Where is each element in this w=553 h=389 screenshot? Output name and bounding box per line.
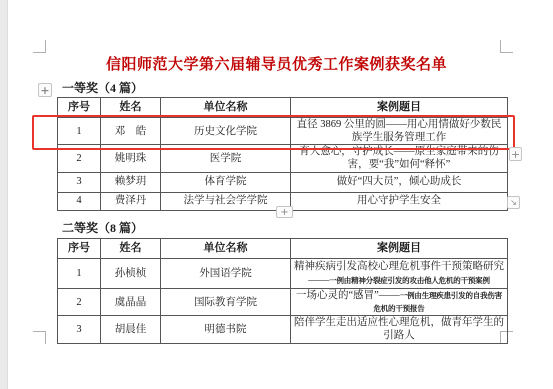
cell-case-title: 精神疾病引发高校心理危机事件干预策略研究——一例由精神分裂症引发的攻击他人危机的… <box>291 259 508 289</box>
cell-case-title: 直径 3869 公里的圆——用心用情做好少数民族学生服务管理工作 <box>291 118 508 145</box>
cell-case-title: 育人愈心，守护成长——原生家庭带来的伤害，要“我”如何“释怀” <box>291 145 508 172</box>
table-row: 1 孙桢桢 外国语学院 精神疾病引发高校心理危机事件干预策略研究——一例由精神分… <box>58 259 508 289</box>
first-prize-table: 序号 姓名 单位名称 案例题目 1 邓 皓 历史文化学院 直径 3869 公里的… <box>57 97 508 211</box>
cell-case-title: 陪伴学生走出适应性心理危机，做青年学生的引路人 <box>291 316 508 343</box>
column-header-no: 序号 <box>58 98 101 118</box>
column-header-unit: 单位名称 <box>161 239 291 259</box>
cell-no: 4 <box>58 192 101 210</box>
cell-case-title: 做好“四大员”，倾心助成长 <box>291 172 508 192</box>
second-prize-table: 序号 姓名 单位名称 案例题目 1 孙桢桢 外国语学院 精神疾病引发高校心理危机… <box>57 238 508 344</box>
cell-no: 1 <box>58 118 101 145</box>
table-row: 2 虞晶晶 国际教育学院 一场心灵的“感冒”——一例由生理疾患引发的自我伤害危机… <box>58 289 508 316</box>
cell-name: 孙桢桢 <box>101 259 161 289</box>
cell-name: 赖梦玥 <box>101 172 161 192</box>
column-header-case: 案例题目 <box>291 98 508 118</box>
column-header-unit: 单位名称 <box>161 98 291 118</box>
section-heading-first-prize: 一等奖（4 篇） <box>62 79 143 96</box>
column-header-case: 案例题目 <box>291 239 508 259</box>
column-header-name: 姓名 <box>101 239 161 259</box>
insert-row-plus-icon[interactable]: + <box>509 147 522 161</box>
table-row: 3 胡晨佳 明德书院 陪伴学生走出适应性心理危机，做青年学生的引路人 <box>58 316 508 343</box>
text-boundary-corner-top-right <box>500 40 513 53</box>
cell-unit: 外国语学院 <box>161 259 291 289</box>
cell-unit: 国际教育学院 <box>161 289 291 316</box>
app-background-strip <box>0 0 8 389</box>
cell-name: 胡晨佳 <box>101 316 161 343</box>
cell-name: 姚明珠 <box>101 145 161 172</box>
text-boundary-corner-top-left <box>33 40 46 53</box>
cell-name: 虞晶晶 <box>101 289 161 316</box>
table-row: 3 赖梦玥 体育学院 做好“四大员”，倾心助成长 <box>58 172 508 192</box>
cell-no: 1 <box>58 259 101 289</box>
cell-case-title: 一场心灵的“感冒”——一例由生理疾患引发的自我伤害危机的干预报告 <box>291 289 508 316</box>
cell-no: 3 <box>58 316 101 343</box>
cell-no: 3 <box>58 172 101 192</box>
column-header-no: 序号 <box>58 239 101 259</box>
cell-name: 费泽丹 <box>101 192 161 210</box>
cell-no: 2 <box>58 145 101 172</box>
text-boundary-corner-bottom-left <box>33 331 46 344</box>
table-header-row: 序号 姓名 单位名称 案例题目 <box>58 239 508 259</box>
table-header-row: 序号 姓名 单位名称 案例题目 <box>58 98 508 118</box>
table-move-handle[interactable]: + <box>38 83 52 97</box>
table-resize-handle-icon[interactable]: ↘ <box>507 196 520 209</box>
column-header-name: 姓名 <box>101 98 161 118</box>
section-heading-second-prize: 二等奖（8 篇） <box>62 219 143 236</box>
document-title: 信阳师范大学第六届辅导员优秀工作案例获奖名单 <box>40 53 513 74</box>
table-row: 1 邓 皓 历史文化学院 直径 3869 公里的圆——用心用情做好少数民族学生服… <box>58 118 508 145</box>
cell-unit: 历史文化学院 <box>161 118 291 145</box>
cell-no: 2 <box>58 289 101 316</box>
table-row: 2 姚明珠 医学院 育人愈心，守护成长——原生家庭带来的伤害，要“我”如何“释怀… <box>58 145 508 172</box>
cell-case-title: 用心守护学生安全 <box>291 192 508 210</box>
cell-unit: 医学院 <box>161 145 291 172</box>
cell-name: 邓 皓 <box>101 118 161 145</box>
cell-unit: 体育学院 <box>161 172 291 192</box>
case-title-main: 一场心灵的“感冒”—— <box>296 290 400 301</box>
cell-unit: 明德书院 <box>161 316 291 343</box>
word-document-page: 信阳师范大学第六届辅导员优秀工作案例获奖名单 一等奖（4 篇） 序号 姓名 单位… <box>0 0 553 389</box>
cell-unit: 法学与社会学学院 <box>161 192 291 210</box>
case-title-subnote: 一例由精神分裂症引发的攻击他人危机的干预案例 <box>329 276 490 285</box>
add-row-plus-icon[interactable]: + <box>276 206 293 218</box>
